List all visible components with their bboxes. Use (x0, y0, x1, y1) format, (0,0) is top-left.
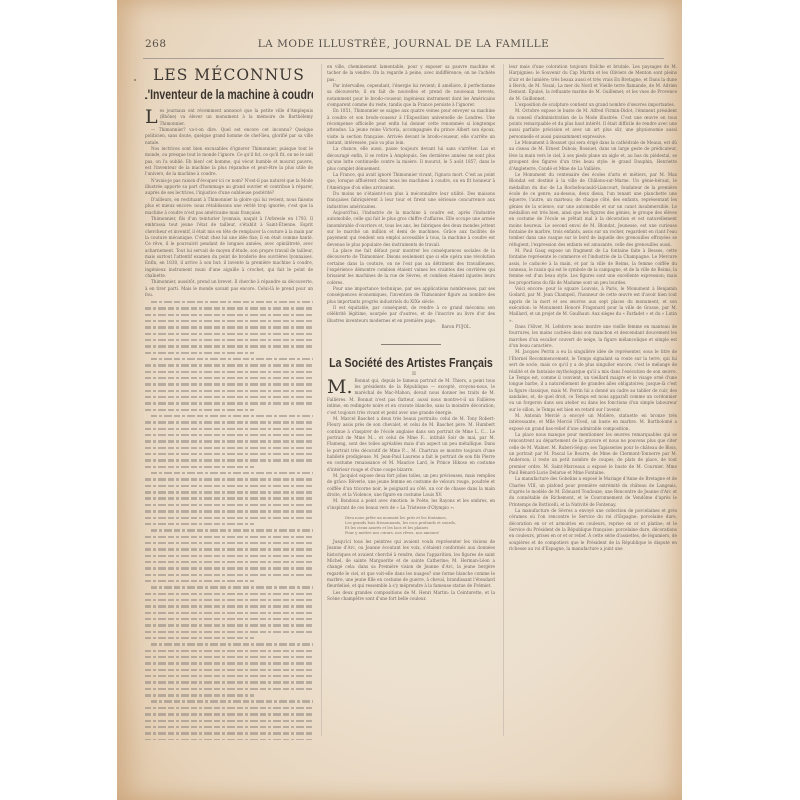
paragraph: La manufacture des Gobelins a exposé le … (509, 476, 677, 508)
paragraph: M. Octobre expose le buste de M. Alfred … (509, 108, 677, 140)
body-text-lines (145, 298, 313, 740)
paragraph: N'avais-je pas raison d'évoquer ici ce n… (145, 178, 313, 197)
author-signature: Baron PUJOL. (327, 324, 495, 330)
paragraph: Du moins ne s'étaient-t-on plus à méconn… (327, 191, 495, 210)
article-separator (381, 344, 441, 345)
header-rule (143, 58, 664, 59)
article-lead: M. Bonnat qui, depuis le fameux portrait… (327, 378, 495, 416)
paragraph: D'ailleurs, en restituant à Thimonnier l… (145, 197, 313, 216)
section-title: La Société des Artistes Français (327, 355, 495, 371)
paragraph: M. Jacques Perrin a eu la singulière idé… (509, 349, 677, 412)
paragraph: Le Monument du centenaire des écoles d'a… (509, 172, 677, 248)
newspaper-page: 268 LA MODE ILLUSTRÉE, JOURNAL DE LA FAM… (117, 0, 682, 800)
paragraph: Par intervalles, cependant, l'énergie lu… (327, 83, 495, 108)
publication-title: LA MODE ILLUSTRÉE, JOURNAL DE LA FAMILLE (145, 38, 662, 50)
paragraph: — Thimonnier? va-t-on dire. Quel est enc… (145, 127, 313, 146)
paragraph: leur mais d'une coloration toujours fraî… (509, 64, 677, 102)
running-header: 268 LA MODE ILLUSTRÉE, JOURNAL DE LA FAM… (145, 38, 662, 52)
paragraph: Aujourd'hui, l'industrie de la machine à… (327, 210, 495, 248)
paragraph: La manufacture de Sèvres a envoyé une co… (509, 508, 677, 552)
paragraph: Le Monument à Bossuet qui sera érigé dan… (509, 140, 677, 172)
column-3: leur mais d'une coloration toujours fraî… (509, 64, 677, 740)
poem-line: Pour y mettre nos cœurs, nos rêves, nos … (345, 530, 495, 535)
paragraph: M. Bondoux a peint avec émotion: le Poèt… (327, 498, 495, 511)
paragraph: La chance, elle aussi, passe toujours de… (327, 146, 495, 171)
paragraph: en ville, cheminement lamentable, pour y… (327, 64, 495, 83)
paragraph: Jusqu'ici tous les peintres qui avaient … (327, 539, 495, 590)
paragraph: Voici encore: pour le square Louvois, à … (509, 286, 677, 324)
paragraph: Thimonnier, aussitôt, prend un brevet. I… (145, 279, 313, 298)
drop-cap: L (145, 109, 158, 125)
paragraph: Thimonnier, fils d'un teinturier lyonnai… (145, 216, 313, 279)
drop-cap: M. (327, 379, 353, 395)
article-title: L'Inventeur de la machine à coudre (145, 86, 313, 104)
column-divider (503, 64, 504, 736)
paragraph: Nos lectrices sont bien excusables d'ign… (145, 146, 313, 178)
paragraph: La place me fait défaut pour montrer les… (327, 248, 495, 286)
paragraph: Il est équitable, par conséquent, de ren… (327, 305, 495, 324)
paragraph: M. Jacquiot expose deux fort jolies toil… (327, 473, 495, 498)
article-kicker: LES MÉCONNUS (145, 66, 313, 84)
paper-speck (134, 79, 136, 81)
poem-quote: Dieu nous prête un moment les prés et le… (327, 515, 495, 535)
paragraph: Les deux grandes compositions de M. Henr… (327, 590, 495, 603)
paragraph: En 1851, Thimonnier se saigne aux quatre… (327, 108, 495, 146)
paragraph: M. Antonin Mercié a envoyé un Molière, s… (509, 413, 677, 432)
text-line (145, 736, 313, 740)
column-2: en ville, cheminement lamentable, pour y… (327, 64, 495, 740)
paragraph: La place nous manque pour mentionner les… (509, 432, 677, 476)
column-divider (321, 64, 322, 736)
article-lead: L es journaux ont récemment annoncé que … (145, 108, 313, 127)
paragraph: La France, qui avait ignoré Thimonnier v… (327, 172, 495, 191)
paragraph: Pour une importance technique, par ses a… (327, 286, 495, 305)
paragraph: M. Paul Gasq expose un fragment de La fo… (509, 248, 677, 286)
paragraph: Dans l'Hiver, M. Lefebvre nous montre un… (509, 324, 677, 349)
paragraph: M. Marcel Baschet a deux très beaux port… (327, 416, 495, 473)
column-1: LES MÉCONNUS L'Inventeur de la machine à… (145, 64, 313, 740)
